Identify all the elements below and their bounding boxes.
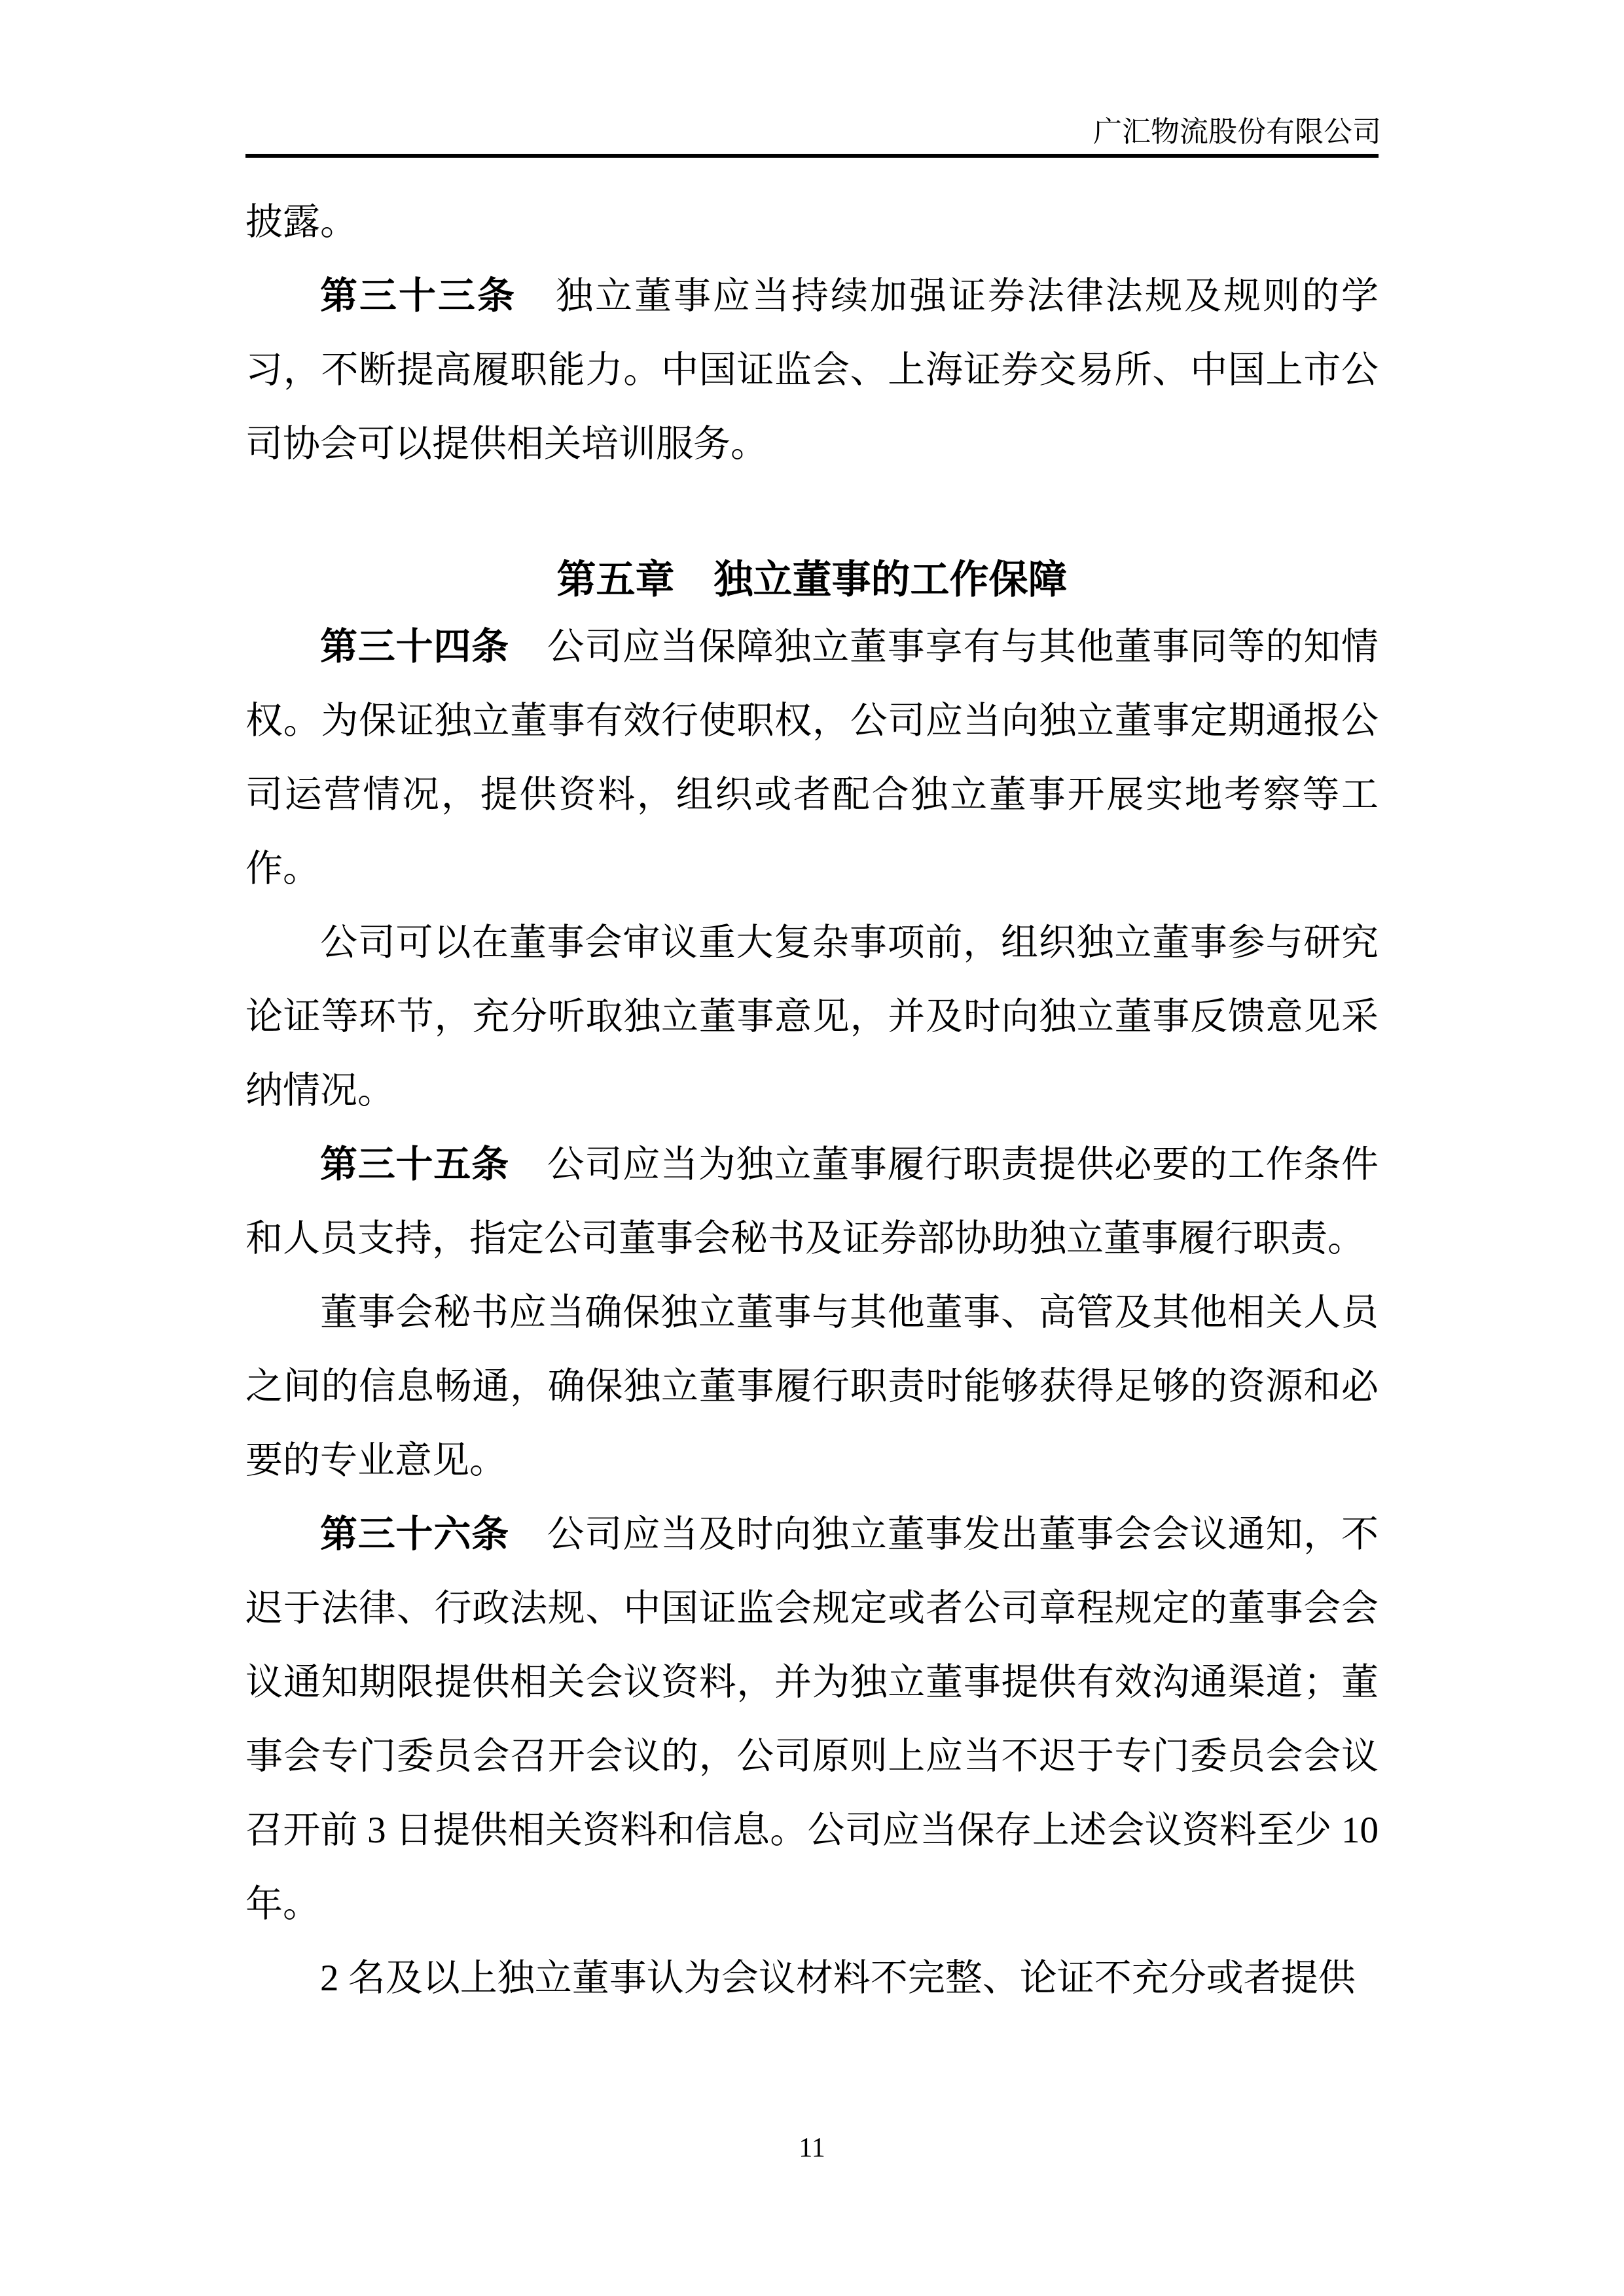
article-paragraph: 第三十四条 公司应当保障独立董事享有与其他董事同等的知情权。为保证独立董事有效行… (245, 610, 1379, 906)
article-paragraph: 第三十五条 公司应当为独立董事履行职责提供必要的工作条件和人员支持，指定公司董事… (245, 1128, 1379, 1276)
body-paragraph: 2 名及以上独立董事认为会议材料不完整、论证不充分或者提供 (245, 1941, 1379, 2015)
body-paragraph: 董事会秘书应当确保独立董事与其他董事、高管及其他相关人员之间的信息畅通，确保独立… (245, 1276, 1379, 1498)
header-rule (245, 154, 1379, 158)
article-number: 第三十三条 (320, 276, 516, 317)
body-paragraph: 公司可以在董事会审议重大复杂事项前，组织独立董事参与研究论证等环节，充分听取独立… (245, 906, 1379, 1128)
page-number: 11 (0, 2128, 1624, 2168)
document-page: 广汇物流股份有限公司 披露。第三十三条 独立董事应当持续加强证券法律法规及规则的… (0, 0, 1624, 2296)
document-body: 披露。第三十三条 独立董事应当持续加强证券法律法规及规则的学习，不断提高履职能力… (245, 185, 1379, 2015)
paragraph-continuation: 披露。 (245, 185, 1379, 259)
page-header-company-name: 广汇物流股份有限公司 (1093, 113, 1381, 152)
article-number: 第三十六条 (320, 1514, 509, 1555)
article-paragraph: 第三十六条 公司应当及时向独立董事发出董事会会议通知，不迟于法律、行政法规、中国… (245, 1498, 1379, 1941)
article-paragraph: 第三十三条 独立董事应当持续加强证券法律法规及规则的学习，不断提高履职能力。中国… (245, 259, 1379, 481)
article-number: 第三十四条 (320, 626, 509, 668)
chapter-heading: 第五章 独立董事的工作保障 (245, 543, 1379, 617)
article-number: 第三十五条 (320, 1144, 509, 1185)
